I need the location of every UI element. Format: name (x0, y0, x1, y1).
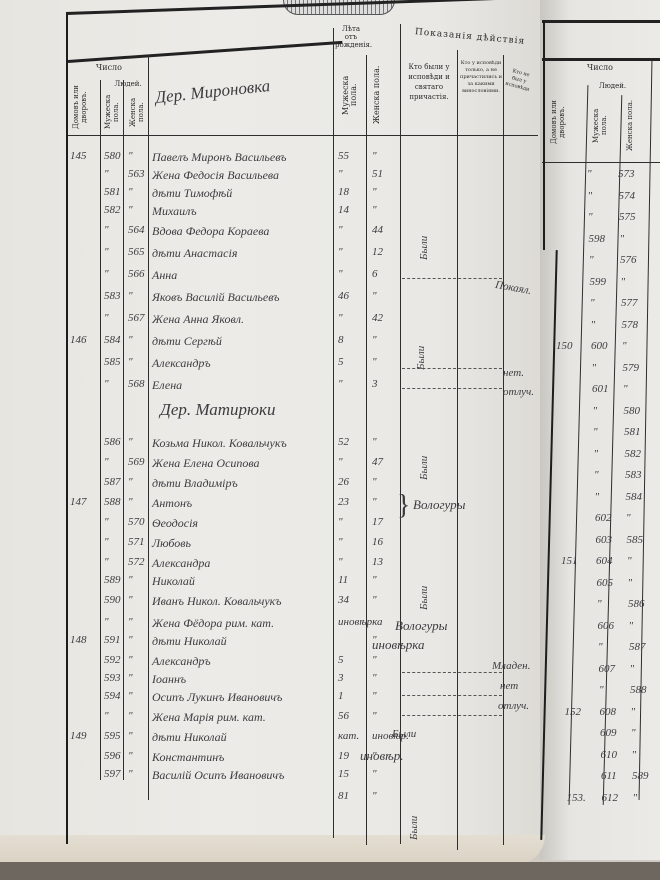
female-number: " (128, 690, 133, 702)
female-number: " (128, 290, 133, 302)
female-number: " (128, 768, 133, 780)
male-number: 589 (104, 574, 121, 586)
age-male: 1 (338, 690, 344, 702)
age-male: 5 (338, 356, 344, 368)
male-number: " (587, 168, 592, 180)
female-number: 573 (618, 168, 635, 180)
female-number: " (128, 634, 133, 646)
female-number: " (128, 186, 133, 198)
age-male: 18 (338, 186, 349, 198)
male-number: 599 (590, 276, 607, 288)
female-number: 580 (624, 405, 641, 417)
household-number: 148 (70, 634, 87, 646)
female-number: " (633, 792, 638, 804)
female-number: 581 (624, 426, 641, 438)
male-number: 607 (599, 663, 616, 675)
female-number: 570 (128, 516, 145, 528)
person-name: Александра (152, 556, 210, 571)
female-number: " (626, 512, 631, 524)
household-number: 146 (70, 334, 87, 346)
female-number: " (128, 476, 133, 488)
male-number: " (589, 254, 594, 266)
header-male: Мужеска пола. (104, 92, 120, 132)
annotation-confessed: Были (415, 295, 427, 370)
male-number: " (588, 190, 593, 202)
age-female: 13 (372, 556, 383, 568)
age-male: 11 (338, 574, 348, 586)
female-number: " (128, 750, 133, 762)
male-number: " (593, 405, 598, 417)
age-male: " (338, 536, 343, 548)
col-rule (503, 55, 504, 845)
annotation-not-confessed: отлуч. (498, 700, 529, 712)
age-male: 81 (338, 790, 349, 802)
person-name: Жена Елена Осипова (152, 456, 260, 471)
age-male: 34 (338, 594, 349, 606)
male-number: " (104, 312, 109, 324)
right-header-households: Домовъ или дворовъ. (550, 95, 566, 150)
female-number: " (128, 436, 133, 448)
male-number: 595 (104, 730, 121, 742)
col-rule (400, 24, 401, 844)
male-number: 606 (598, 620, 615, 632)
male-number: " (593, 426, 598, 438)
age-male: " (338, 312, 343, 324)
female-number: 582 (625, 448, 642, 460)
household-number: 150 (556, 340, 573, 352)
female-number: " (128, 594, 133, 606)
age-male: " (338, 268, 343, 280)
age-male: 56 (338, 710, 349, 722)
male-number: 602 (595, 512, 612, 524)
male-number: " (104, 456, 109, 468)
household-number: 152 (565, 706, 582, 718)
household-number: 147 (70, 496, 87, 508)
male-number: " (104, 268, 109, 280)
female-number: 576 (620, 254, 637, 266)
female-number: 565 (128, 246, 145, 258)
female-number: 577 (621, 297, 638, 309)
female-number: " (627, 555, 632, 567)
person-name: Антонъ (152, 496, 192, 511)
person-name: дѣти Анастасія (152, 246, 237, 261)
household-number: 153. (567, 792, 586, 804)
person-name: Яковъ Василій Васильевъ (152, 290, 280, 305)
female-number: " (623, 383, 628, 395)
age-male: 26 (338, 476, 349, 488)
age-female: " (372, 476, 377, 488)
annotation-confessed: Были (418, 535, 430, 610)
header-bottom-rule (68, 135, 538, 136)
annotation-confessed: Были (392, 728, 416, 740)
col-rule (366, 55, 367, 845)
header-only-confession: Кто у исповѣди только, а не причастились… (459, 60, 503, 95)
age-male: 14 (338, 204, 349, 216)
male-number: 604 (596, 555, 613, 567)
female-number: 564 (128, 224, 145, 236)
person-name: Козьма Никол. Ковальчукъ (152, 436, 287, 451)
age-female: " (372, 150, 377, 162)
person-name: Жена Фёдора рим. кат. (152, 616, 274, 631)
age-male: 5 (338, 654, 344, 666)
male-number: 608 (600, 706, 617, 718)
age-female: " (372, 710, 377, 722)
age-male: " (338, 168, 343, 180)
age-male: кат. (338, 730, 359, 742)
male-number: 593 (104, 672, 121, 684)
female-number: 583 (625, 469, 642, 481)
female-number: " (128, 496, 133, 508)
female-number: " (621, 276, 626, 288)
age-female: " (372, 672, 377, 684)
female-number: " (630, 663, 635, 675)
female-number: " (128, 730, 133, 742)
person-name: Василій Осипъ Ивановичъ (152, 768, 284, 783)
header-confessed: Кто были у исповѣди и святаго причастія. (402, 62, 456, 102)
person-name: Вдова Федора Кораева (152, 224, 269, 239)
page-edge (0, 835, 545, 865)
female-number: 574 (619, 190, 636, 202)
age-female: 44 (372, 224, 383, 236)
male-number: " (599, 684, 604, 696)
age-male: 15 (338, 768, 349, 780)
right-frame-left (543, 20, 545, 250)
person-name: Константинъ (152, 750, 224, 765)
female-number: 571 (128, 536, 145, 548)
male-number: " (104, 224, 109, 236)
age-female: " (372, 594, 377, 606)
female-number: " (128, 574, 133, 586)
female-number: 563 (128, 168, 145, 180)
header-age: Лѣта отъ рожденія. (335, 25, 367, 49)
annotation-confessed: иновѣрка (372, 637, 425, 653)
header-people: Людей. (108, 80, 148, 88)
male-number: 594 (104, 690, 121, 702)
male-number: 600 (591, 340, 608, 352)
person-name: Жена Федосія Васильева (152, 168, 279, 183)
female-number: " (622, 340, 627, 352)
male-number: 598 (589, 233, 606, 245)
age-female: 42 (372, 312, 383, 324)
age-female: 16 (372, 536, 383, 548)
male-number: " (598, 641, 603, 653)
dashed-rule (402, 368, 502, 369)
male-number: " (104, 556, 109, 568)
age-male: 19 (338, 750, 349, 762)
right-header-female: Женска пола. (626, 98, 634, 153)
male-number: " (590, 297, 595, 309)
female-number: " (632, 749, 637, 761)
person-name: Іоаннъ (152, 672, 186, 687)
dashed-rule (402, 388, 502, 389)
right-header-number: Число (560, 64, 640, 72)
brace-icon: } (397, 490, 410, 522)
female-number: 575 (619, 211, 636, 223)
col-rule (148, 55, 149, 800)
person-name: Елена (152, 378, 182, 393)
age-female: " (372, 496, 377, 508)
male-number: 610 (601, 749, 618, 761)
annotation-not-confessed: Младен. (492, 660, 530, 672)
person-name: дѣти Сергѣй (152, 334, 222, 349)
male-number: " (104, 710, 109, 722)
female-number: " (128, 204, 133, 216)
male-number: 590 (104, 594, 121, 606)
male-number: 611 (601, 770, 617, 782)
male-number: " (104, 536, 109, 548)
header-number: Число (74, 64, 144, 72)
age-male: " (338, 516, 343, 528)
header-age-female: Женска пола. (373, 65, 381, 125)
male-number: 585 (104, 356, 121, 368)
age-female: 17 (372, 516, 383, 528)
female-number: 588 (630, 684, 647, 696)
annotation-confessed: Были (418, 430, 430, 480)
col-rule (457, 50, 458, 850)
female-number: 585 (627, 534, 644, 546)
male-number: 601 (592, 383, 609, 395)
age-male: 23 (338, 496, 349, 508)
male-number: " (592, 362, 597, 374)
male-number: 588 (104, 496, 121, 508)
male-number: " (104, 168, 109, 180)
male-number: 583 (104, 290, 121, 302)
female-number: 567 (128, 312, 145, 324)
female-number: " (128, 334, 133, 346)
annotation-not-confessed: отлуч. (503, 386, 534, 398)
male-number: 609 (600, 727, 617, 739)
female-number: 568 (128, 378, 145, 390)
dashed-rule (402, 278, 502, 279)
female-number: 566 (128, 268, 145, 280)
col-rule (100, 80, 101, 780)
age-female: 47 (372, 456, 383, 468)
dashed-rule (402, 715, 502, 716)
female-number: " (128, 616, 133, 628)
female-number: 569 (128, 456, 145, 468)
person-name: дѣти Николай (152, 634, 227, 649)
village-heading: Дер. Матирюки (160, 400, 276, 420)
male-number: " (594, 469, 599, 481)
male-number: " (597, 598, 602, 610)
desk-surface (0, 862, 660, 880)
male-number: 580 (104, 150, 121, 162)
male-number: 592 (104, 654, 121, 666)
household-number: 145 (70, 150, 87, 162)
age-female: " (372, 356, 377, 368)
age-female: " (372, 436, 377, 448)
age-male: 46 (338, 290, 349, 302)
female-number: " (128, 356, 133, 368)
male-number: 591 (104, 634, 121, 646)
age-male: " (338, 224, 343, 236)
male-number: " (594, 448, 599, 460)
female-number: 587 (629, 641, 646, 653)
header-female: Женска пола. (129, 92, 145, 132)
header-households: Домовъ или дворовъ. (72, 85, 88, 130)
right-header-bottom (542, 162, 660, 163)
dashed-rule (402, 695, 502, 696)
age-female: " (372, 186, 377, 198)
age-female: " (372, 768, 377, 780)
person-name: Павелъ Миронъ Васильевъ (152, 150, 287, 165)
household-number: 151 (561, 555, 578, 567)
right-header-people: Людей. (590, 82, 635, 90)
age-male: 8 (338, 334, 344, 346)
annotation-confessed: Вологуры (395, 618, 447, 634)
age-female: " (372, 334, 377, 346)
person-name: Ѳеодосія (152, 516, 198, 531)
person-name: Иванъ Никол. Ковальчукъ (152, 594, 282, 609)
male-number: 582 (104, 204, 121, 216)
female-number: " (629, 620, 634, 632)
female-number: " (128, 672, 133, 684)
right-header-divider (542, 58, 660, 61)
female-number: " (631, 727, 636, 739)
female-number: " (128, 710, 133, 722)
male-number: " (104, 516, 109, 528)
person-name: Михаилъ (152, 204, 197, 219)
female-number: 578 (622, 319, 639, 331)
col-rule (123, 80, 124, 780)
male-number: " (104, 246, 109, 258)
male-number: " (104, 616, 109, 628)
annotation-not-confessed: нет (500, 680, 518, 692)
person-name: Осипъ Лукинъ Ивановичъ (152, 690, 282, 705)
male-number: 587 (104, 476, 121, 488)
person-name: Жена Марія рим. кат. (152, 710, 266, 725)
male-number: " (104, 378, 109, 390)
person-name: Жена Анна Яковл. (152, 312, 244, 327)
female-number: " (128, 654, 133, 666)
person-name: Николай (152, 574, 195, 589)
age-female: 6 (372, 268, 378, 280)
age-female: " (372, 290, 377, 302)
person-name: дѣти Владиміръ (152, 476, 238, 491)
male-number: " (588, 211, 593, 223)
male-number: 596 (104, 750, 121, 762)
age-male: " (338, 378, 343, 390)
female-number: 579 (623, 362, 640, 374)
male-number: 612 (602, 792, 619, 804)
male-number: 597 (104, 768, 121, 780)
annotation-confessed: Были (408, 770, 420, 840)
age-male: " (338, 246, 343, 258)
age-female: " (372, 690, 377, 702)
person-name: дѣти Николай (152, 730, 227, 745)
male-number: 605 (597, 577, 614, 589)
age-female: " (372, 574, 377, 586)
age-female: " (372, 654, 377, 666)
male-number: 586 (104, 436, 121, 448)
male-number: " (591, 319, 596, 331)
male-number: 584 (104, 334, 121, 346)
female-number: 572 (128, 556, 145, 568)
person-name: дѣти Тимофѣй (152, 186, 232, 201)
age-female: 51 (372, 168, 383, 180)
age-male: 3 (338, 672, 344, 684)
age-female: 3 (372, 378, 378, 390)
age-male: " (338, 456, 343, 468)
person-name: Александръ (152, 356, 211, 371)
person-name: Любовь (152, 536, 191, 551)
dashed-rule (402, 672, 502, 673)
right-header-male: Мужеска пола. (592, 98, 608, 153)
age-female: " (372, 790, 377, 802)
age-male: иновѣрка (338, 616, 382, 628)
age-female: 12 (372, 246, 383, 258)
household-number: 149 (70, 730, 87, 742)
age-male: 55 (338, 150, 349, 162)
female-number: " (631, 706, 636, 718)
person-name: Анна (152, 268, 177, 283)
female-number: " (128, 150, 133, 162)
age-male: " (338, 556, 343, 568)
person-name: Александръ (152, 654, 211, 669)
annotation-confessed: Были (418, 150, 430, 260)
female-number: " (628, 577, 633, 589)
annotation-confessed: иновѣр. (360, 748, 404, 764)
male-number: " (595, 491, 600, 503)
male-number: 581 (104, 186, 121, 198)
female-number: 589 (632, 770, 649, 782)
left-frame (66, 14, 68, 844)
header-age-male: Мужеска пола. (342, 65, 358, 125)
right-frame-top (542, 20, 660, 23)
female-number: 584 (626, 491, 643, 503)
col-rule (333, 28, 334, 838)
female-number: " (620, 233, 625, 245)
male-number: 603 (596, 534, 613, 546)
age-female: " (372, 204, 377, 216)
annotation-confessed: Вологуры (413, 497, 465, 513)
female-number: 586 (628, 598, 645, 610)
age-male: 52 (338, 436, 349, 448)
annotation-not-confessed: нет. (503, 367, 524, 379)
